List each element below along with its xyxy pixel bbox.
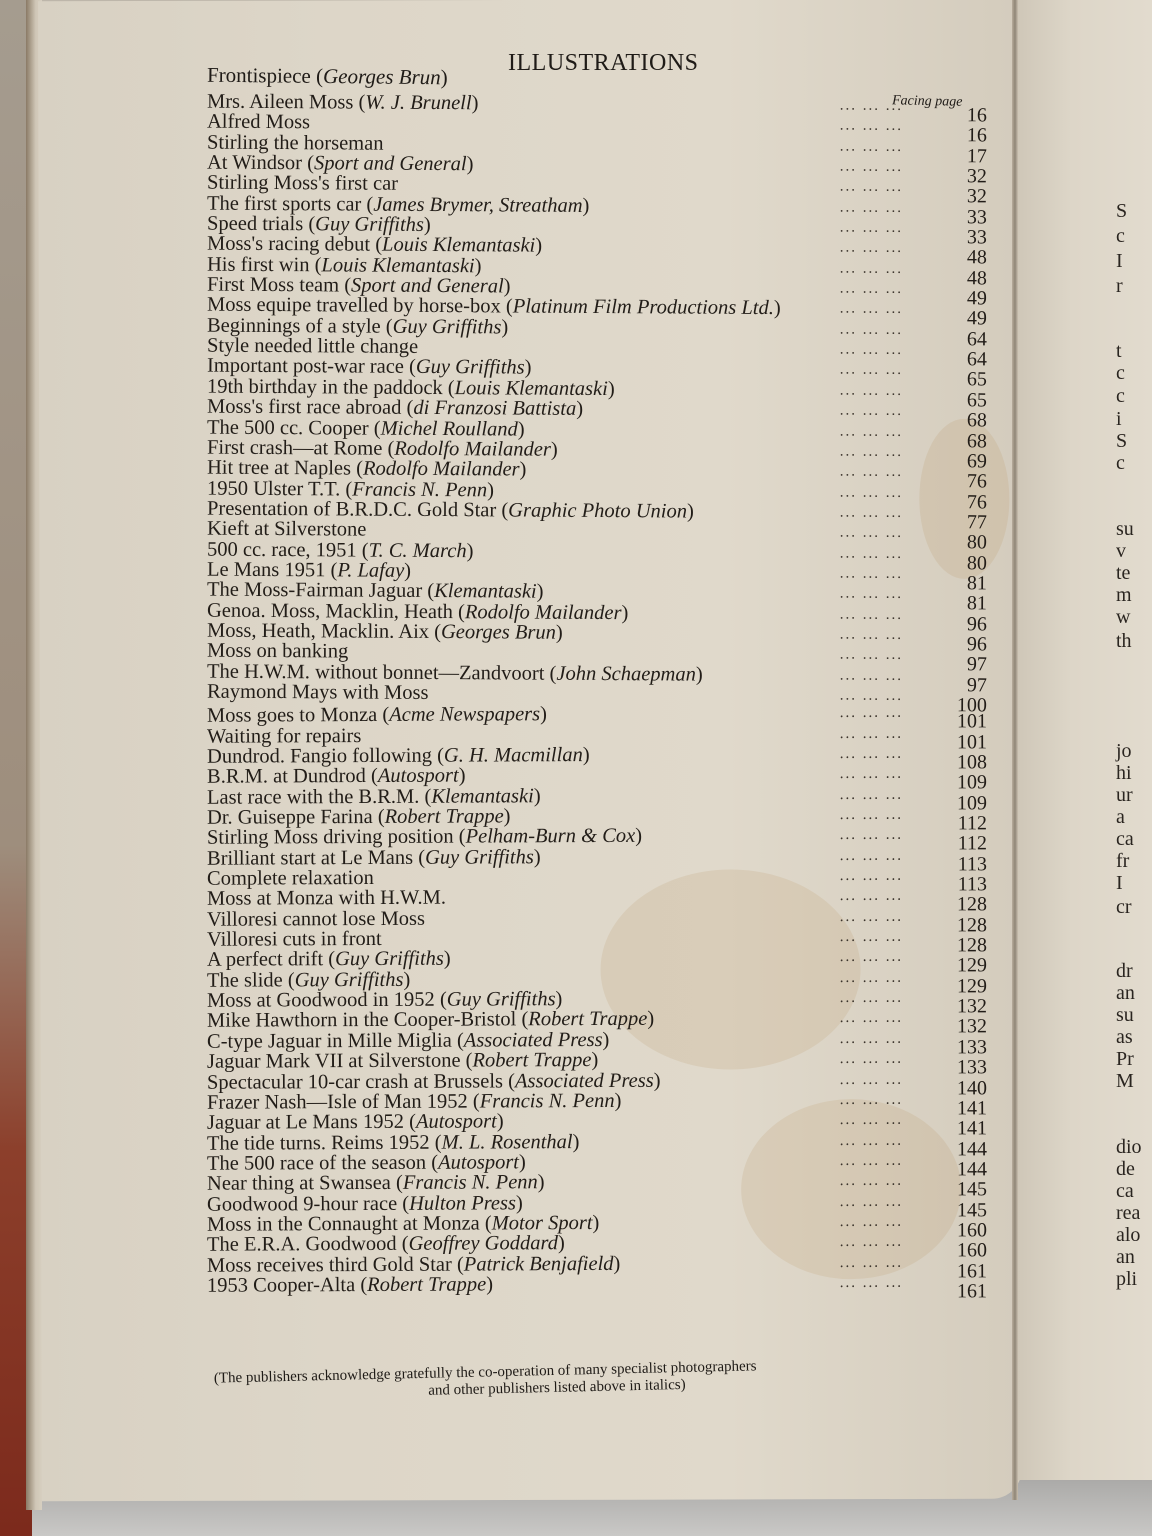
entry-photo-credit: Georges Brun [441, 621, 556, 644]
entry-title-text: Jaguar at Le Mans 1952 [207, 1111, 404, 1134]
right-page-text-fragment: as [1116, 1026, 1133, 1049]
entry-title: Alfred Moss [207, 112, 310, 133]
entry-title: Moss goes to Monza (Acme Newspapers) [207, 705, 547, 726]
entry-photo-credit: M. L. Rosenthal [442, 1131, 573, 1154]
leader-dots: ... ... ... [840, 1191, 903, 1211]
entry-title: Goodwood 9-hour race (Hulton Press) [207, 1193, 523, 1214]
leader-dots: ... ... ... [840, 136, 903, 156]
entry-facing-page-number: 161 [927, 1281, 987, 1301]
leader-dots: ... ... ... [840, 1028, 903, 1048]
right-page-text-fragment: I [1116, 250, 1123, 273]
entry-title: 1950 Ulster T.T. (Francis N. Penn) [207, 478, 494, 500]
entry-title-text: Important post-war race [207, 355, 404, 378]
leader-dots: ... ... ... [840, 340, 903, 360]
leader-dots: ... ... ... [840, 360, 903, 380]
leader-dots: ... ... ... [840, 197, 903, 217]
leader-dots: ... ... ... [840, 1151, 903, 1171]
entry-photo-credit: di Franzosi Battista [413, 397, 576, 420]
entry-title-text: Waiting for repairs [207, 725, 361, 748]
entry-title-text: 1953 Cooper-Alta [207, 1274, 355, 1297]
entry-title: Le Mans 1951 (P. Lafay) [207, 560, 411, 581]
illustration-entry: The E.R.A. Goodwood (Geoffrey Goddard)..… [207, 1232, 987, 1256]
entry-title: His first win (Louis Klemantaski) [207, 254, 482, 276]
entry-title: The 500 cc. Cooper (Michel Roulland) [207, 417, 525, 439]
right-page-text-fragment: dr [1116, 960, 1133, 983]
entry-title: Stirling Moss driving position (Pelham-B… [207, 826, 642, 848]
leader-dots: ... ... ... [840, 784, 903, 804]
frontispiece-credit: Georges Brun [323, 64, 441, 89]
right-page-text-fragment: th [1116, 630, 1132, 653]
entry-title-text: Moss's racing debut [207, 233, 370, 256]
entry-title-text: Moss at Monza with H.W.M. [207, 887, 446, 910]
entry-title-text: The tide turns. Reims 1952 [207, 1131, 430, 1154]
entry-photo-credit: Rodolfo Mailander [465, 601, 622, 624]
entry-photo-credit: Louis Klemantaski [382, 234, 535, 257]
entry-photo-credit: W. J. Brunell [365, 92, 471, 115]
entry-title: 1953 Cooper-Alta (Robert Trappe) [207, 1274, 493, 1295]
entry-title: Last race with the B.R.M. (Klemantaski) [207, 786, 541, 807]
entry-title: The Moss-Fairman Jaguar (Klemantaski) [207, 580, 544, 602]
leader-dots: ... ... ... [840, 866, 903, 886]
right-page-text-fragment: Pr [1116, 1048, 1134, 1071]
entry-title-text: The slide [207, 969, 283, 991]
entry-photo-credit: John Schaepman [556, 662, 696, 685]
leader-dots: ... ... ... [840, 604, 903, 624]
leader-dots: ... ... ... [840, 723, 903, 743]
entry-title: Near thing at Swansea (Francis N. Penn) [207, 1172, 545, 1193]
right-page-text-fragment: ca [1116, 1180, 1134, 1203]
illustration-entry: Moss goes to Monza (Acme Newspapers)... … [207, 703, 987, 727]
right-page-text-fragment: m [1116, 584, 1132, 607]
leader-dots: ... ... ... [840, 380, 903, 400]
entry-photo-credit: P. Lafay [337, 559, 404, 581]
entry-title-text: The E.R.A. Goodwood [207, 1233, 397, 1256]
right-page-text-fragment: hi [1116, 762, 1132, 785]
entry-title-text: Stirling Moss's first car [207, 172, 398, 195]
leader-dots: ... ... ... [840, 258, 903, 278]
right-page-text-fragment: jo [1116, 740, 1132, 763]
entry-photo-credit: Guy Griffiths [335, 948, 444, 970]
entry-photo-credit: Pelham-Burn & Cox [466, 825, 636, 848]
entry-photo-credit: Klemantaski [431, 785, 534, 807]
illustrations-list: Mrs. Aileen Moss (W. J. Brunell)... ... … [207, 94, 987, 1294]
entry-photo-credit: Rodolfo Mailander [363, 458, 520, 481]
leader-dots: ... ... ... [840, 218, 903, 238]
entry-title: Spectacular 10-car crash at Brussels (As… [207, 1070, 661, 1092]
right-page-text-fragment: I [1116, 872, 1123, 895]
entry-title: Stirling Moss's first car [207, 173, 398, 194]
frontispiece-title: Frontispiece [207, 63, 311, 88]
leader-dots: ... ... ... [840, 279, 903, 299]
leader-dots: ... ... ... [840, 116, 903, 136]
entry-photo-credit: Associated Press [515, 1069, 654, 1092]
leader-dots: ... ... ... [840, 645, 903, 665]
leader-dots: ... ... ... [840, 927, 903, 947]
entry-title: Hit tree at Naples (Rodolfo Mailander) [207, 458, 527, 480]
entry-photo-credit: Robert Trappe [528, 1008, 647, 1031]
leader-dots: ... ... ... [840, 584, 903, 604]
entry-photo-credit: Graphic Photo Union [508, 499, 687, 522]
right-page-text-fragment: i [1116, 408, 1122, 431]
entry-title: A perfect drift (Guy Griffiths) [207, 949, 451, 970]
leader-dots: ... ... ... [840, 1090, 903, 1110]
right-page-text-fragment: v [1116, 540, 1126, 563]
entry-photo-credit: Francis N. Penn [480, 1090, 615, 1113]
entry-photo-credit: Patrick Benjafield [464, 1253, 614, 1276]
right-page-text-fragment: M [1116, 1070, 1134, 1093]
leader-dots: ... ... ... [840, 299, 903, 319]
leader-dots: ... ... ... [840, 1212, 903, 1232]
leader-dots: ... ... ... [840, 95, 903, 115]
entry-title-text: Near thing at Swansea [207, 1172, 391, 1195]
entry-title-text: 500 cc. race, 1951 [207, 538, 357, 561]
entry-title: 500 cc. race, 1951 (T. C. March) [207, 539, 474, 561]
entry-title-text: Stirling Moss driving position [207, 826, 454, 849]
entry-photo-credit: Robert Trappe [367, 1273, 486, 1296]
leader-dots: ... ... ... [840, 906, 903, 926]
entry-photo-credit: T. C. March [369, 539, 467, 562]
leader-dots: ... ... ... [840, 401, 903, 421]
right-page-text-fragment: an [1116, 982, 1135, 1005]
entry-photo-credit: G. H. Macmillan [444, 744, 583, 767]
leader-dots: ... ... ... [840, 1232, 903, 1252]
entry-photo-credit: Hulton Press [409, 1192, 516, 1214]
right-page-text-fragment: pli [1116, 1268, 1137, 1291]
leader-dots: ... ... ... [840, 1252, 903, 1272]
entry-title: Important post-war race (Guy Griffiths) [207, 356, 532, 378]
right-page-text-fragment: te [1116, 562, 1130, 585]
leader-dots: ... ... ... [840, 947, 903, 967]
entry-title-text: Moss goes to Monza [207, 704, 377, 727]
leader-dots: ... ... ... [840, 988, 903, 1008]
entry-photo-credit: Associated Press [464, 1029, 603, 1052]
entry-photo-credit: Autosport [378, 765, 459, 787]
right-page-text-fragment: an [1116, 1246, 1135, 1269]
leader-dots: ... ... ... [840, 543, 903, 563]
leader-dots: ... ... ... [840, 177, 903, 197]
entry-title: Moss's first race abroad (di Franzosi Ba… [207, 397, 583, 419]
right-page-text-fragment: cr [1116, 896, 1132, 919]
entry-title: Mike Hawthorn in the Cooper-Bristol (Rob… [207, 1009, 654, 1031]
entry-title-text: His first win [207, 253, 310, 276]
leader-dots: ... ... ... [840, 1008, 903, 1028]
entry-title-text: 1950 Ulster T.T. [207, 477, 340, 500]
leader-dots: ... ... ... [840, 703, 903, 723]
entry-photo-credit: Guy Griffiths [393, 316, 502, 339]
entry-title: Raymond Mays with Moss [207, 682, 429, 703]
entry-title: Waiting for repairs [207, 726, 361, 747]
leader-dots: ... ... ... [840, 1171, 903, 1191]
entry-photo-credit: Autosport [416, 1111, 497, 1133]
illustration-entry: 1953 Cooper-Alta (Robert Trappe)... ... … [207, 1272, 987, 1296]
leader-dots: ... ... ... [840, 1049, 903, 1069]
entry-title: The tide turns. Reims 1952 (M. L. Rosent… [207, 1132, 579, 1154]
leader-dots: ... ... ... [840, 764, 903, 784]
entry-title: Dundrod. Fangio following (G. H. Macmill… [207, 745, 590, 767]
leader-dots: ... ... ... [840, 744, 903, 764]
entry-title-text: Brilliant start at Le Mans [207, 847, 413, 870]
leader-dots: ... ... ... [840, 805, 903, 825]
illustration-entry: Jaguar Mark VII at Silverstone (Robert T… [207, 1048, 987, 1072]
leader-dots: ... ... ... [840, 482, 903, 502]
entry-photo-credit: Francis N. Penn [403, 1171, 538, 1194]
right-page-text-fragment: c [1116, 385, 1125, 408]
leader-dots: ... ... ... [840, 1110, 903, 1130]
entry-photo-credit: Guy Griffiths [425, 846, 534, 868]
leader-dots: ... ... ... [840, 1069, 903, 1089]
entry-photo-credit: Autosport [438, 1151, 519, 1173]
leader-dots: ... ... ... [840, 1130, 903, 1150]
leader-dots: ... ... ... [840, 967, 903, 987]
right-page-text-fragment: dio [1116, 1136, 1142, 1159]
right-page-text-fragment: c [1116, 452, 1125, 475]
leader-dots: ... ... ... [840, 157, 903, 177]
leader-dots: ... ... ... [840, 502, 903, 522]
right-page-text-fragment: ur [1116, 784, 1133, 807]
illustration-entry: Near thing at Swansea (Francis N. Penn).… [207, 1171, 987, 1195]
entry-title-text: Alfred Moss [207, 111, 310, 134]
entry-title: Villoresi cuts in front [207, 929, 382, 950]
entry-title: Kieft at Silverstone [207, 519, 367, 540]
entry-title: Jaguar at Le Mans 1952 (Autosport) [207, 1112, 504, 1133]
right-page-text-fragment: t [1116, 340, 1122, 363]
right-page-text-fragment: su [1116, 1004, 1134, 1027]
entry-title: Moss receives third Gold Star (Patrick B… [207, 1253, 620, 1275]
entry-title-text: The 500 cc. Cooper [207, 416, 369, 439]
entry-title: Moss on banking [207, 641, 348, 662]
leader-dots: ... ... ... [840, 1273, 903, 1293]
entry-title-text: Villoresi cannot lose Moss [207, 908, 425, 931]
leader-dots: ... ... ... [840, 563, 903, 583]
right-page-text-fragment: S [1116, 200, 1127, 223]
entry-photo-credit: Francis N. Penn [352, 478, 487, 501]
entry-photo-credit: Robert Trappe [472, 1049, 591, 1072]
right-page-text-fragment: alo [1116, 1224, 1140, 1247]
entry-title: Brilliant start at Le Mans (Guy Griffith… [207, 847, 541, 868]
entry-title: Villoresi cannot lose Moss [207, 909, 425, 930]
leader-dots: ... ... ... [840, 665, 903, 685]
entry-title-text: Moss on banking [207, 640, 348, 663]
entry-title: Dr. Guiseppe Farina (Robert Trappe) [207, 806, 511, 827]
entry-title: Moss at Monza with H.W.M. [207, 888, 446, 909]
entry-title: The E.R.A. Goodwood (Geoffrey Goddard) [207, 1233, 565, 1255]
entry-photo-credit: Michel Roulland [381, 417, 518, 440]
entry-title-text: The Moss-Fairman Jaguar [207, 579, 422, 602]
leader-dots: ... ... ... [840, 441, 903, 461]
entry-title-text: Raymond Mays with Moss [207, 681, 429, 704]
leader-dots: ... ... ... [840, 624, 903, 644]
entry-title: B.R.M. at Dundrod (Autosport) [207, 766, 466, 787]
entry-title-text: Jaguar Mark VII at Silverstone [207, 1050, 461, 1073]
entry-title: Stirling the horseman [207, 132, 384, 153]
frontispiece-entry: Frontispiece (Georges Brun) [207, 63, 448, 91]
entry-title: The 500 race of the season (Autosport) [207, 1152, 526, 1173]
right-page-text-fragment: a [1116, 806, 1125, 829]
entry-title-text: Goodwood 9-hour race [207, 1192, 397, 1215]
entry-photo-credit: Guy Griffiths [416, 356, 525, 379]
right-page-text-fragment: su [1116, 518, 1134, 541]
illustration-entry: Jaguar at Le Mans 1952 (Autosport)... ..… [207, 1109, 987, 1133]
entry-title: Jaguar Mark VII at Silverstone (Robert T… [207, 1050, 598, 1072]
entry-title: The slide (Guy Griffiths) [207, 970, 410, 991]
leader-dots: ... ... ... [840, 845, 903, 865]
entry-title: Complete relaxation [207, 868, 374, 889]
leader-dots: ... ... ... [840, 462, 903, 482]
entry-photo-credit: Platinum Film Productions Ltd. [513, 296, 774, 320]
right-page-text-fragment: ca [1116, 828, 1134, 851]
right-page-text-fragment: S [1116, 430, 1127, 453]
right-page-text-fragment: r [1116, 275, 1123, 298]
leader-dots: ... ... ... [840, 886, 903, 906]
right-page-text-fragment: de [1116, 1158, 1135, 1181]
leader-dots: ... ... ... [840, 421, 903, 441]
leader-dots: ... ... ... [840, 523, 903, 543]
entry-title-text: A perfect drift [207, 949, 323, 972]
entry-title-text: B.R.M. at Dundrod [207, 765, 366, 788]
entry-title: Moss's racing debut (Louis Klemantaski) [207, 234, 542, 256]
right-page-text-fragment: fr [1116, 850, 1129, 873]
leader-dots: ... ... ... [840, 825, 903, 845]
entry-title-text: Moss's first race abroad [207, 396, 402, 419]
entry-photo-credit: Guy Griffiths [295, 969, 404, 991]
entry-title-text: Hit tree at Naples [207, 457, 351, 480]
page-heading: ILLUSTRATIONS [508, 50, 699, 77]
leader-dots: ... ... ... [840, 238, 903, 258]
entry-photo-credit: Geoffrey Goddard [409, 1232, 558, 1255]
right-page-text-fragment: c [1116, 225, 1125, 248]
entry-title: Frazer Nash—Isle of Man 1952 (Francis N.… [207, 1091, 622, 1113]
right-page-text-fragment: c [1116, 362, 1125, 385]
right-page-text-fragment: w [1116, 606, 1130, 629]
entry-photo-credit: Motor Sport [492, 1212, 593, 1234]
leader-dots: ... ... ... [840, 319, 903, 339]
entry-photo-credit: Klemantaski [434, 580, 537, 603]
entry-photo-credit: Acme Newspapers [389, 704, 540, 727]
entry-title-text: Kieft at Silverstone [207, 518, 367, 541]
right-page-text-fragment: rea [1116, 1202, 1140, 1225]
